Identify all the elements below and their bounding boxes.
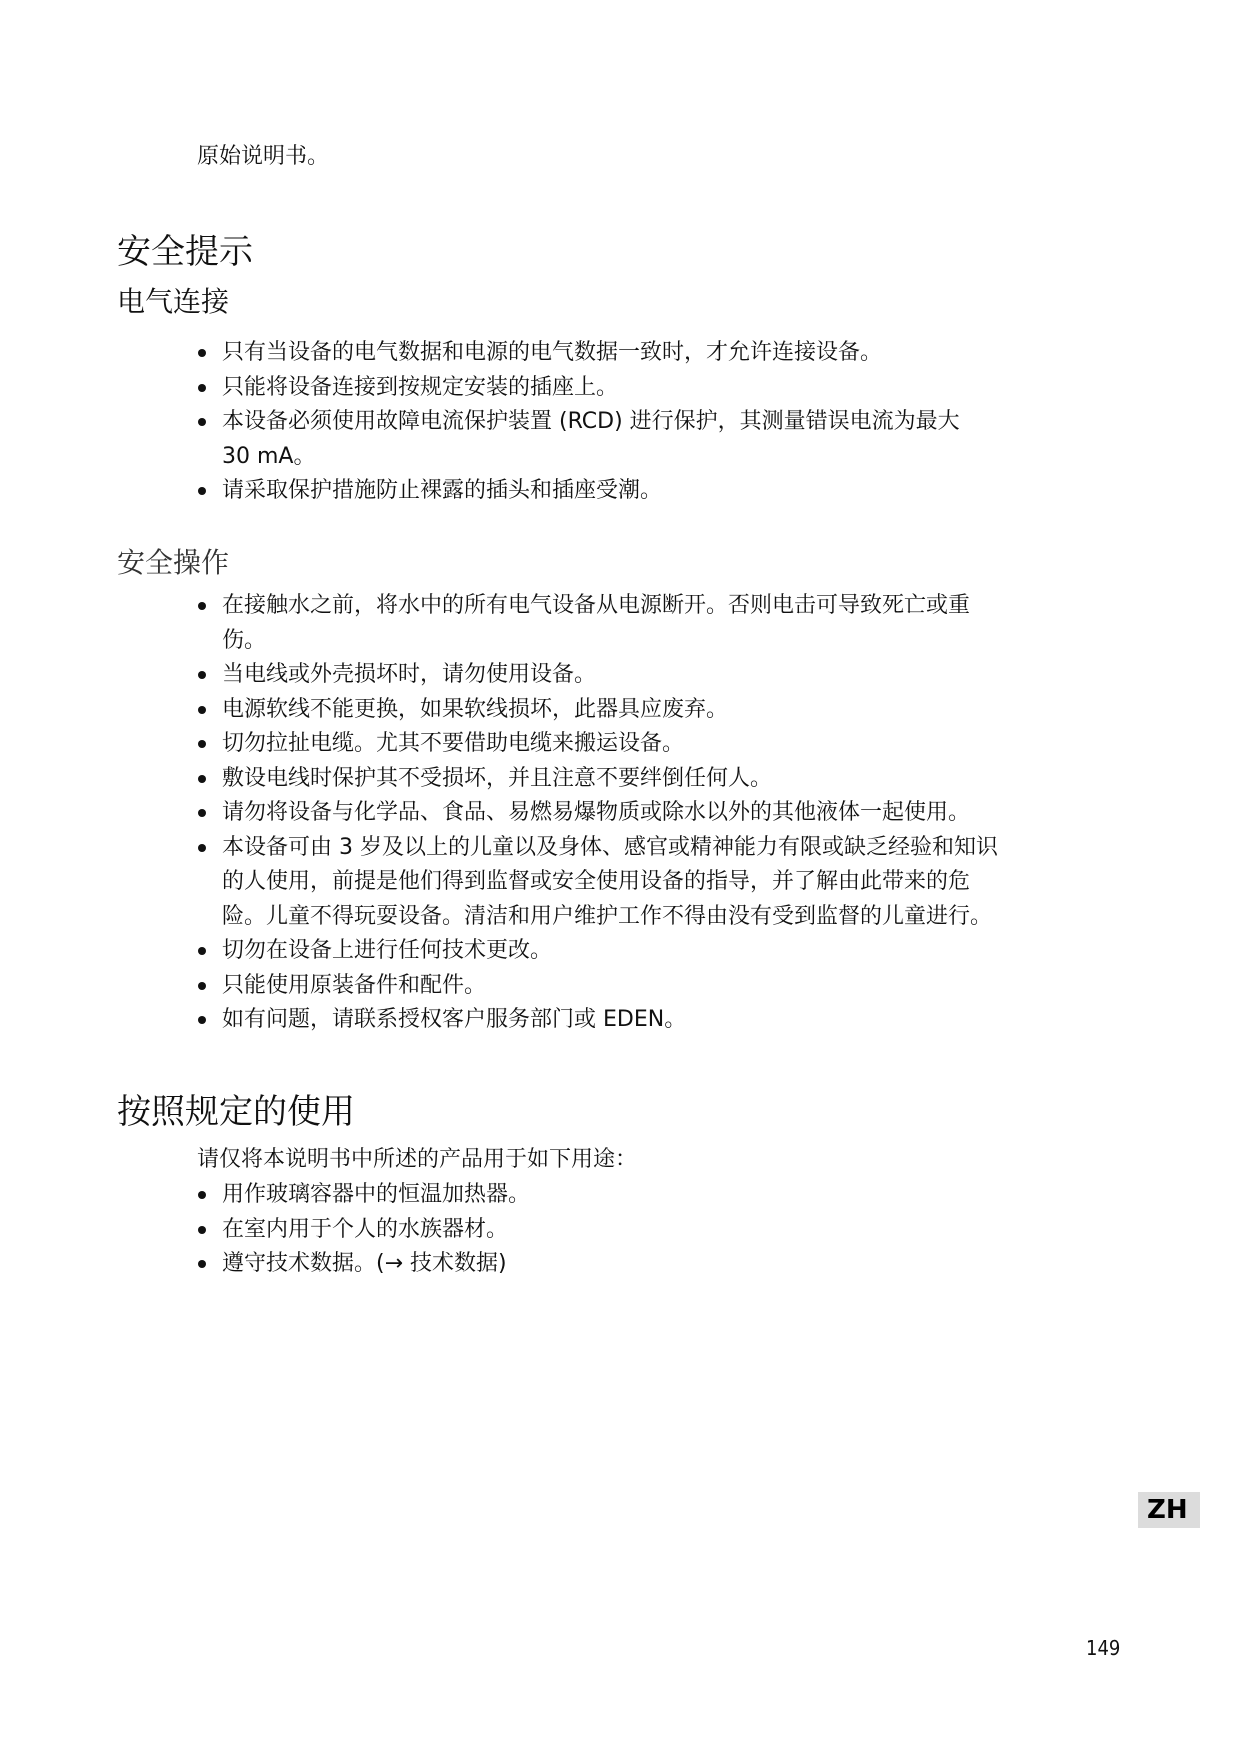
bullet-icon [198, 706, 206, 714]
bullet-icon [198, 740, 206, 748]
list-item: 敷设电线时保护其不受损坏，并且注意不要绊倒任何人。 [197, 762, 1117, 797]
section-title-safety: 安全提示 [117, 231, 253, 273]
bullet-icon [198, 384, 206, 392]
list-item-continuation: 险。儿童不得玩耍设备。清洁和用户维护工作不得由没有受到监督的儿童进行。 [222, 904, 992, 929]
list-item: 当电线或外壳损坏时，请勿使用设备。 [197, 658, 1117, 693]
bullet-icon [198, 1191, 206, 1199]
bullet-icon [198, 1226, 206, 1234]
subsection-title-electrical: 电气连接 [117, 284, 229, 320]
list-item: 在室内用于个人的水族器材。 [197, 1213, 1117, 1248]
list-item: 本设备必须使用故障电流保护装置 (RCD) 进行保护，其测量错误电流为最大 30… [197, 405, 1117, 474]
bullet-icon [198, 602, 206, 610]
bullet-icon [198, 844, 206, 852]
electrical-list: 只有当设备的电气数据和电源的电气数据一致时，才允许连接设备。 只能将设备连接到按… [197, 336, 1117, 509]
bullet-icon [198, 349, 206, 357]
bullet-icon [198, 809, 206, 817]
list-item: 请勿将设备与化学品、食品、易燃易爆物质或除水以外的其他液体一起使用。 [197, 796, 1117, 831]
list-item: 切勿拉扯电缆。尤其不要借助电缆来搬运设备。 [197, 727, 1117, 762]
bullet-icon [198, 1260, 206, 1268]
list-item: 本设备可由 3 岁及以上的儿童以及身体、感官或精神能力有限或缺乏经验和知识 的人… [197, 831, 1117, 935]
section-title-intended-use: 按照规定的使用 [117, 1091, 355, 1133]
bullet-icon [198, 982, 206, 990]
list-item-continuation: 30 mA。 [222, 444, 315, 469]
list-item: 请采取保护措施防止裸露的插头和插座受潮。 [197, 474, 1117, 509]
bullet-icon [198, 671, 206, 679]
intended-use-list: 用作玻璃容器中的恒温加热器。 在室内用于个人的水族器材。 遵守技术数据。(→ 技… [197, 1178, 1117, 1282]
list-item: 只能将设备连接到按规定安装的插座上。 [197, 371, 1117, 406]
bullet-icon [198, 418, 206, 426]
list-item-continuation: 的人使用，前提是他们得到监督或安全使用设备的指导，并了解由此带来的危 [222, 869, 970, 894]
list-item-continuation: 伤。 [222, 628, 266, 653]
list-item: 电源软线不能更换，如果软线损坏，此器具应废弃。 [197, 693, 1117, 728]
list-item: 遵守技术数据。(→ 技术数据) [197, 1247, 1117, 1282]
list-item: 只能使用原装备件和配件。 [197, 969, 1117, 1004]
operation-list: 在接触水之前，将水中的所有电气设备从电源断开。否则电击可导致死亡或重 伤。 当电… [197, 589, 1117, 1038]
list-item: 在接触水之前，将水中的所有电气设备从电源断开。否则电击可导致死亡或重 伤。 [197, 589, 1117, 658]
bullet-icon [198, 775, 206, 783]
list-item: 如有问题，请联系授权客户服务部门或 EDEN。 [197, 1003, 1117, 1038]
bullet-icon [198, 1016, 206, 1024]
list-item: 只有当设备的电气数据和电源的电气数据一致时，才允许连接设备。 [197, 336, 1117, 371]
bullet-icon [198, 487, 206, 495]
intro-text: 原始说明书。 [197, 142, 329, 172]
page-number: 149 [1086, 1636, 1120, 1660]
bullet-icon [198, 947, 206, 955]
intended-use-intro: 请仅将本说明书中所述的产品用于如下用途： [197, 1143, 637, 1178]
subsection-title-operation: 安全操作 [117, 545, 229, 581]
language-badge: ZH [1138, 1492, 1200, 1528]
list-item: 用作玻璃容器中的恒温加热器。 [197, 1178, 1117, 1213]
list-item: 切勿在设备上进行任何技术更改。 [197, 934, 1117, 969]
